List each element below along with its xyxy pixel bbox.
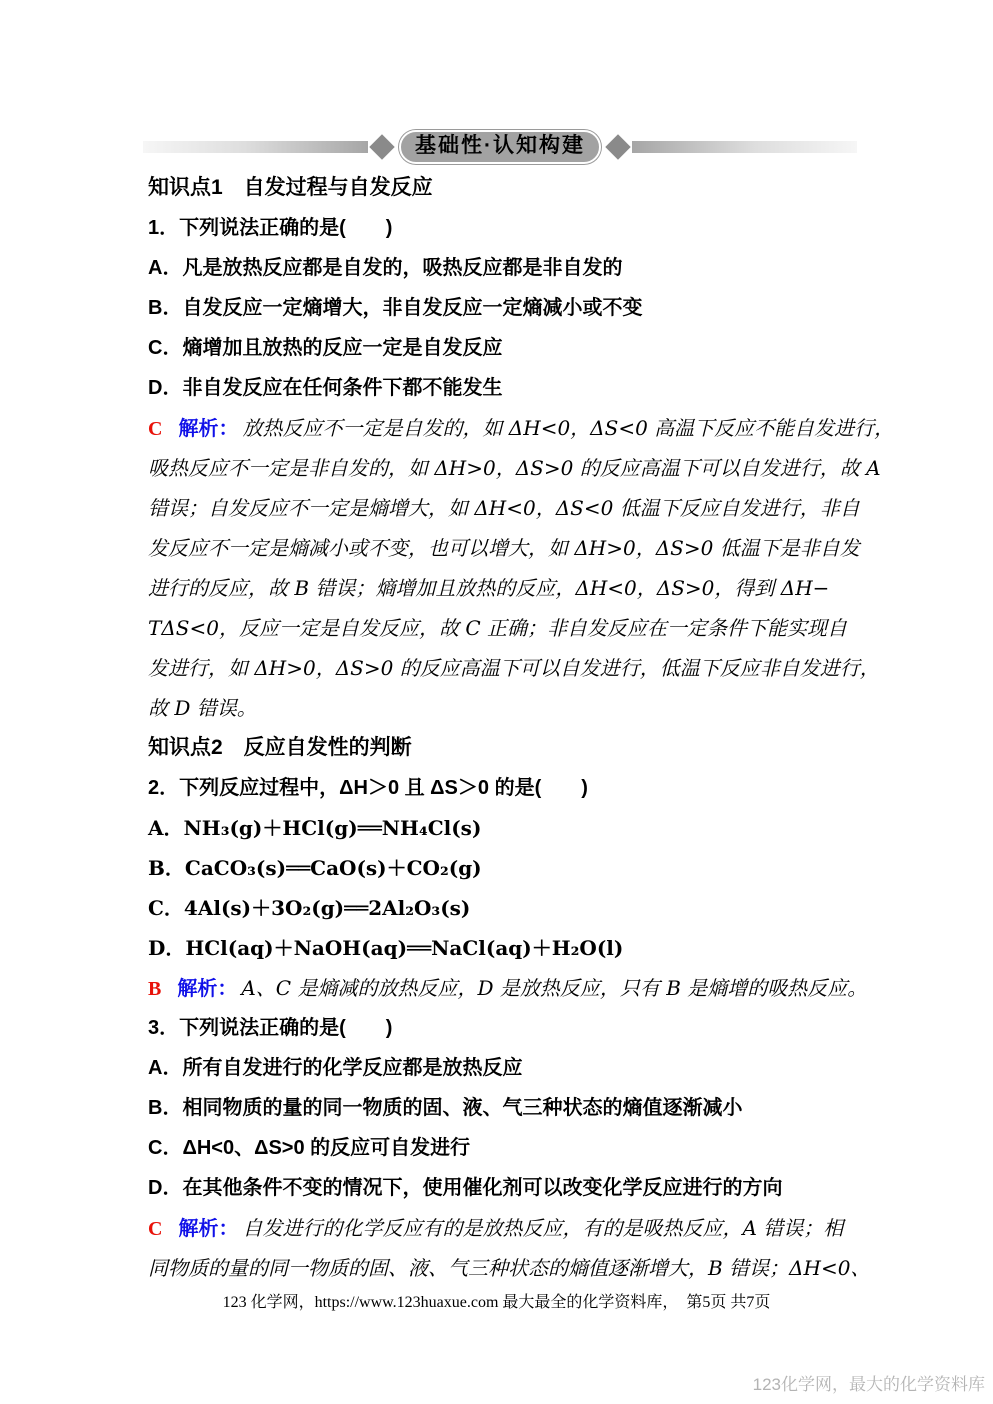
answer-1-first-line: C解析：放热反应不一定是自发的，如 ΔH<0，ΔS<0 高温下反应不能自发进行， (148, 408, 864, 448)
answer-1-letter: C (148, 418, 162, 440)
answer-2-first-line: B解析：A、C 是熵减的放热反应，D 是放热反应，只有 B 是熵增的吸热反应。 (148, 968, 864, 1008)
question-2-option-a: A．NH₃(g)＋HCl(g)══NH₄Cl(s) (148, 808, 864, 848)
analysis-1-label: 解析： (178, 418, 238, 440)
answer-3-first-line: C解析：自发进行的化学反应有的是放热反应，有的是吸热反应，A 错误；相 (148, 1208, 864, 1248)
answer-2-letter: B (148, 978, 161, 1000)
question-3-option-d: D．在其他条件不变的情况下，使用催化剂可以改变化学反应进行的方向 (148, 1168, 864, 1208)
question-1-option-c: C．熵增加且放热的反应一定是自发反应 (148, 328, 864, 368)
analysis-1-line: 进行的反应，故 B 错误；熵增加且放热的反应，ΔH<0，ΔS>0，得到 ΔH− (148, 568, 864, 608)
analysis-1-line: 故 D 错误。 (148, 688, 864, 728)
analysis-3-line: 同物质的量的同一物质的固、液、气三种状态的熵值逐渐增大，B 错误；ΔH<0、 (148, 1248, 864, 1288)
analysis-3-text: 自发进行的化学反应有的是放热反应，有的是吸热反应，A 错误；相 (242, 1216, 843, 1240)
worksheet-body: 知识点1 自发过程与自发反应 1．下列说法正确的是( ) A．凡是放热反应都是自… (148, 168, 864, 1288)
question-3-option-a: A．所有自发进行的化学反应都是放热反应 (148, 1048, 864, 1088)
analysis-2-label: 解析： (177, 978, 237, 1000)
analysis-3-label: 解析： (178, 1218, 238, 1240)
analysis-1-text: 放热反应不一定是自发的，如 ΔH<0，ΔS<0 高温下反应不能自发进行， (242, 416, 894, 440)
knowledge-point-2-heading: 知识点2 反应自发性的判断 (148, 728, 864, 768)
question-1-stem: 1．下列说法正确的是( ) (148, 208, 864, 248)
question-3-option-c: C．ΔH<0、ΔS>0 的反应可自发进行 (148, 1128, 864, 1168)
knowledge-point-1-heading: 知识点1 自发过程与自发反应 (148, 168, 864, 208)
banner-gradient-bar-left (143, 141, 368, 153)
analysis-1-line: 发进行，如 ΔH>0，ΔS>0 的反应高温下可以自发进行，低温下反应非自发进行， (148, 648, 864, 688)
diamond-icon (369, 134, 394, 159)
question-1-option-b: B．自发反应一定熵增大，非自发反应一定熵减小或不变 (148, 288, 864, 328)
analysis-2-text: A、C 是熵减的放热反应，D 是放热反应，只有 B 是熵增的吸热反应。 (241, 976, 867, 1000)
question-2-stem: 2．下列反应过程中，ΔH＞0 且 ΔS＞0 的是( ) (148, 768, 864, 808)
question-3-option-b: B．相同物质的量的同一物质的固、液、气三种状态的熵值逐渐减小 (148, 1088, 864, 1128)
question-2-option-c: C．4Al(s)＋3O₂(g)══2Al₂O₃(s) (148, 888, 864, 928)
question-1-option-d: D．非自发反应在任何条件下都不能发生 (148, 368, 864, 408)
analysis-1-line: TΔS<0，反应一定是自发反应，故 C 正确；非自发反应在一定条件下能实现自 (148, 608, 864, 648)
question-1-option-a: A．凡是放热反应都是自发的，吸热反应都是非自发的 (148, 248, 864, 288)
section-banner: 基础性·认知构建 (143, 130, 857, 164)
site-watermark: 123化学网，最大的化学资料库 (753, 1374, 985, 1396)
answer-3-letter: C (148, 1218, 162, 1240)
banner-title: 基础性·认知构建 (399, 130, 601, 164)
question-2-option-b: B．CaCO₃(s)══CaO(s)＋CO₂(g) (148, 848, 864, 888)
analysis-1-line: 吸热反应不一定是非自发的，如 ΔH>0，ΔS>0 的反应高温下可以自发进行，故 … (148, 448, 864, 488)
banner-gradient-bar-right (632, 141, 857, 153)
question-3-stem: 3．下列说法正确的是( ) (148, 1008, 864, 1048)
page-footer: 123 化学网，https://www.123huaxue.com 最大最全的化… (0, 1292, 993, 1314)
analysis-1-line: 错误；自发反应不一定是熵增大，如 ΔH<0，ΔS<0 低温下反应自发进行，非自 (148, 488, 864, 528)
analysis-1-line: 发反应不一定是熵减小或不变，也可以增大，如 ΔH>0，ΔS>0 低温下是非自发 (148, 528, 864, 568)
diamond-icon (605, 134, 630, 159)
question-2-option-d: D．HCl(aq)＋NaOH(aq)══NaCl(aq)＋H₂O(l) (148, 928, 864, 968)
